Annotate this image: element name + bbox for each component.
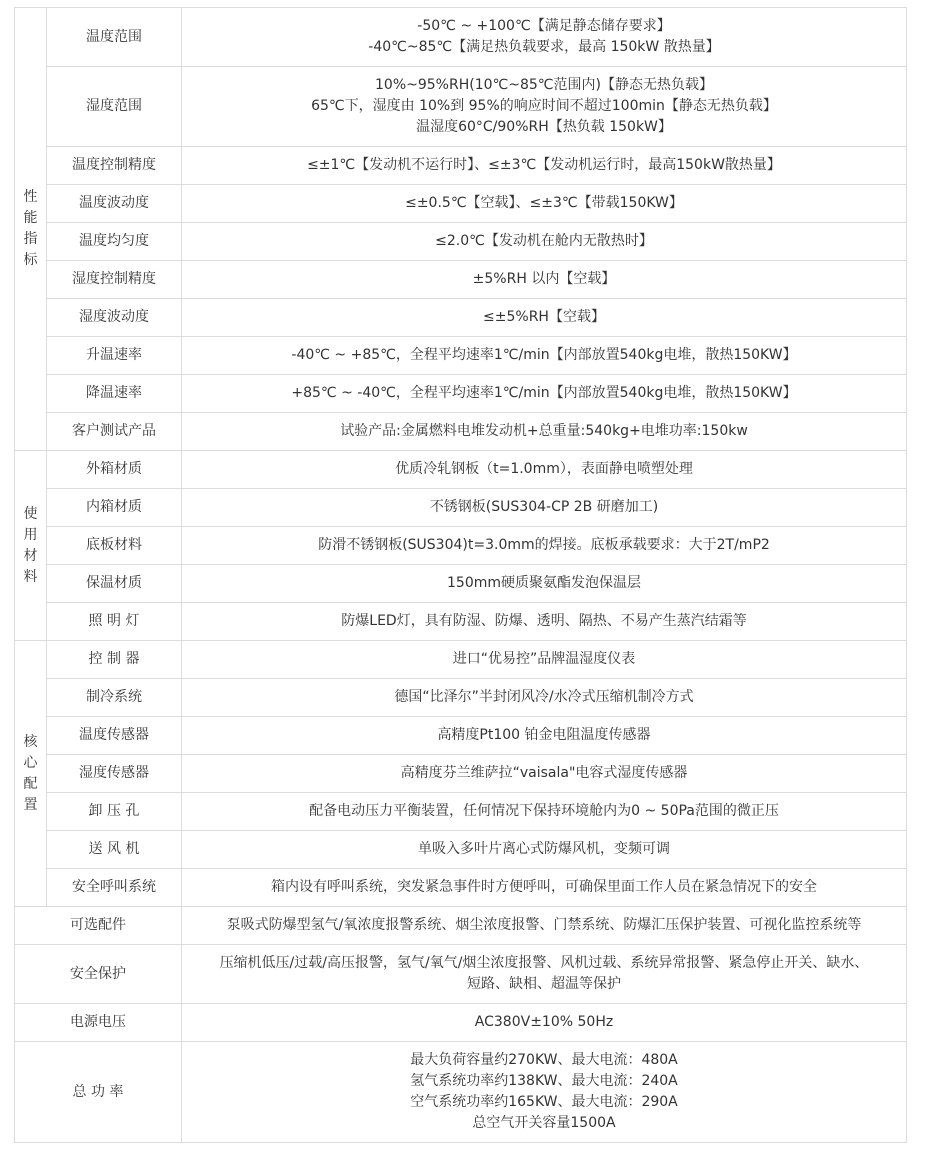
value-line: 总空气开关容量1500A <box>188 1113 900 1134</box>
value-line: 压缩机低压/过载/高压报警，氢气/氧气/烟尘浓度报警、风机过载、系统异常报警、紧… <box>188 953 900 974</box>
group-char: 心 <box>21 753 40 774</box>
row-label: 底板材料 <box>47 527 182 565</box>
row-label: 电源电压 <box>15 1004 182 1042</box>
value-line: 最大负荷容量约270KW、最大电流：480A <box>188 1050 900 1071</box>
value-line: 短路、缺相、超温等保护 <box>188 974 900 995</box>
row-label: 控 制 器 <box>47 641 182 679</box>
row-label: 安全保护 <box>15 945 182 1004</box>
table-row: 温度波动度 ≤±0.5℃【空载】、≤±3℃【带载150KW】 <box>15 185 907 223</box>
row-value: 配备电动压力平衡装置，任何情况下保持环境舱内为0 ~ 50Pa范围的微正压 <box>182 793 907 831</box>
table-row: 保温材质 150mm硬质聚氨酯发泡保温层 <box>15 565 907 603</box>
row-value: ≤±0.5℃【空载】、≤±3℃【带载150KW】 <box>182 185 907 223</box>
group-char: 标 <box>21 250 40 271</box>
value-line: 65℃下，湿度由 10%到 95%的响应时间不超过100min【静态无热负载】 <box>188 96 900 117</box>
row-label: 卸 压 孔 <box>47 793 182 831</box>
row-value: 高精度Pt100 铂金电阻温度传感器 <box>182 717 907 755</box>
row-value: ≤±5%RH【空载】 <box>182 299 907 337</box>
group-char: 材 <box>21 546 40 567</box>
group-performance: 性 能 指 标 <box>15 8 47 451</box>
row-value: ±5%RH 以内【空载】 <box>182 261 907 299</box>
table-row: 总 功 率 最大负荷容量约270KW、最大电流：480A 氢气系统功率约138K… <box>15 1042 907 1143</box>
group-char: 使 <box>21 504 40 525</box>
row-value: 泵吸式防爆型氢气/氧浓度报警系统、烟尘浓度报警、门禁系统、防爆汇压保护装置、可视… <box>182 907 907 945</box>
row-value: 压缩机低压/过载/高压报警，氢气/氧气/烟尘浓度报警、风机过载、系统异常报警、紧… <box>182 945 907 1004</box>
row-label: 湿度范围 <box>47 67 182 147</box>
table-row: 温度控制精度 ≤±1℃【发动机不运行时】、≤±3℃【发动机运行时，最高150kW… <box>15 147 907 185</box>
group-char: 料 <box>21 567 40 588</box>
row-label: 湿度控制精度 <box>47 261 182 299</box>
table-row: 湿度控制精度 ±5%RH 以内【空载】 <box>15 261 907 299</box>
table-row: 制冷系统 德国“比泽尔”半封闭风冷/水冷式压缩机制冷方式 <box>15 679 907 717</box>
row-label: 客户测试产品 <box>47 413 182 451</box>
row-value: 单吸入多叶片离心式防爆风机，变频可调 <box>182 831 907 869</box>
row-label: 降温速率 <box>47 375 182 413</box>
row-value: ≤2.0℃【发动机在舱内无散热时】 <box>182 223 907 261</box>
row-label: 温度波动度 <box>47 185 182 223</box>
group-materials: 使 用 材 料 <box>15 451 47 641</box>
row-value: 优质冷轧钢板（t=1.0mm），表面静电喷塑处理 <box>182 451 907 489</box>
row-value: 防滑不锈钢板(SUS304)t=3.0mm的焊接。底板承载要求：大于2T/mP2 <box>182 527 907 565</box>
row-label: 温度均匀度 <box>47 223 182 261</box>
row-value: 150mm硬质聚氨酯发泡保温层 <box>182 565 907 603</box>
table-row: 可选配件 泵吸式防爆型氢气/氧浓度报警系统、烟尘浓度报警、门禁系统、防爆汇压保护… <box>15 907 907 945</box>
table-row: 安全呼叫系统 箱内设有呼叫系统，突发紧急事件时方便呼叫，可确保里面工作人员在紧急… <box>15 869 907 907</box>
row-label: 温度范围 <box>47 8 182 67</box>
row-value: 试验产品:金属燃料电堆发动机+总重量:540kg+电堆功率:150kw <box>182 413 907 451</box>
row-label: 温度控制精度 <box>47 147 182 185</box>
table-row: 卸 压 孔 配备电动压力平衡装置，任何情况下保持环境舱内为0 ~ 50Pa范围的… <box>15 793 907 831</box>
table-row: 升温速率 -40℃ ~ +85℃，全程平均速率1℃/min【内部放置540kg电… <box>15 337 907 375</box>
row-label: 温度传感器 <box>47 717 182 755</box>
group-char: 指 <box>21 229 40 250</box>
table-row: 降温速率 +85℃ ~ -40℃，全程平均速率1℃/min【内部放置540kg电… <box>15 375 907 413</box>
table-row: 核 心 配 置 控 制 器 进口“优易控”品牌温湿度仪表 <box>15 641 907 679</box>
value-line: 10%~95%RH(10℃~85℃范围内)【静态无热负载】 <box>188 75 900 96</box>
row-value: 最大负荷容量约270KW、最大电流：480A 氢气系统功率约138KW、最大电流… <box>182 1042 907 1143</box>
row-value: 高精度芬兰维萨拉“vaisala"电容式湿度传感器 <box>182 755 907 793</box>
value-line: -50℃ ~ +100℃【满足静态储存要求】 <box>188 16 900 37</box>
value-line: 空气系统功率约165KW、最大电流：290A <box>188 1092 900 1113</box>
table-row: 送 风 机 单吸入多叶片离心式防爆风机，变频可调 <box>15 831 907 869</box>
table-row: 使 用 材 料 外箱材质 优质冷轧钢板（t=1.0mm），表面静电喷塑处理 <box>15 451 907 489</box>
row-label: 湿度波动度 <box>47 299 182 337</box>
row-value: -50℃ ~ +100℃【满足静态储存要求】 -40℃~85℃【满足热负载要求，… <box>182 8 907 67</box>
row-label: 升温速率 <box>47 337 182 375</box>
row-label: 湿度传感器 <box>47 755 182 793</box>
row-label: 照 明 灯 <box>47 603 182 641</box>
row-value: -40℃ ~ +85℃，全程平均速率1℃/min【内部放置540kg电堆，散热1… <box>182 337 907 375</box>
row-label: 安全呼叫系统 <box>47 869 182 907</box>
table-row: 湿度传感器 高精度芬兰维萨拉“vaisala"电容式湿度传感器 <box>15 755 907 793</box>
table-row: 湿度波动度 ≤±5%RH【空载】 <box>15 299 907 337</box>
row-label: 可选配件 <box>15 907 182 945</box>
spec-table: 性 能 指 标 温度范围 -50℃ ~ +100℃【满足静态储存要求】 -40℃… <box>14 7 907 1143</box>
table-row: 底板材料 防滑不锈钢板(SUS304)t=3.0mm的焊接。底板承载要求：大于2… <box>15 527 907 565</box>
table-row: 温度传感器 高精度Pt100 铂金电阻温度传感器 <box>15 717 907 755</box>
row-label: 内箱材质 <box>47 489 182 527</box>
row-value: ≤±1℃【发动机不运行时】、≤±3℃【发动机运行时，最高150kW散热量】 <box>182 147 907 185</box>
group-char: 核 <box>21 732 40 753</box>
value-line: -40℃~85℃【满足热负载要求，最高 150kW 散热量】 <box>188 37 900 58</box>
row-label: 送 风 机 <box>47 831 182 869</box>
row-value: 10%~95%RH(10℃~85℃范围内)【静态无热负载】 65℃下，湿度由 1… <box>182 67 907 147</box>
value-line: 氢气系统功率约138KW、最大电流：240A <box>188 1071 900 1092</box>
row-label: 制冷系统 <box>47 679 182 717</box>
row-value: 德国“比泽尔”半封闭风冷/水冷式压缩机制冷方式 <box>182 679 907 717</box>
group-char: 用 <box>21 525 40 546</box>
group-char: 置 <box>21 795 40 816</box>
row-label: 总 功 率 <box>15 1042 182 1143</box>
table-row: 照 明 灯 防爆LED灯，具有防湿、防爆、透明、隔热、不易产生蒸汽结霜等 <box>15 603 907 641</box>
table-row: 内箱材质 不锈钢板(SUS304-CP 2B 研磨加工) <box>15 489 907 527</box>
row-value: 箱内设有呼叫系统，突发紧急事件时方便呼叫，可确保里面工作人员在紧急情况下的安全 <box>182 869 907 907</box>
group-core-config: 核 心 配 置 <box>15 641 47 907</box>
table-row: 安全保护 压缩机低压/过载/高压报警，氢气/氧气/烟尘浓度报警、风机过载、系统异… <box>15 945 907 1004</box>
table-row: 温度均匀度 ≤2.0℃【发动机在舱内无散热时】 <box>15 223 907 261</box>
row-label: 外箱材质 <box>47 451 182 489</box>
row-label: 保温材质 <box>47 565 182 603</box>
value-line: 温湿度60°C/90%RH【热负载 150kW】 <box>188 117 900 138</box>
group-char: 能 <box>21 208 40 229</box>
table-row: 湿度范围 10%~95%RH(10℃~85℃范围内)【静态无热负载】 65℃下，… <box>15 67 907 147</box>
row-value: 不锈钢板(SUS304-CP 2B 研磨加工) <box>182 489 907 527</box>
row-value: 进口“优易控”品牌温湿度仪表 <box>182 641 907 679</box>
group-char: 性 <box>21 187 40 208</box>
table-row: 客户测试产品 试验产品:金属燃料电堆发动机+总重量:540kg+电堆功率:150… <box>15 413 907 451</box>
row-value: +85℃ ~ -40℃，全程平均速率1℃/min【内部放置540kg电堆，散热1… <box>182 375 907 413</box>
table-row: 电源电压 AC380V±10% 50Hz <box>15 1004 907 1042</box>
row-value: 防爆LED灯，具有防湿、防爆、透明、隔热、不易产生蒸汽结霜等 <box>182 603 907 641</box>
row-value: AC380V±10% 50Hz <box>182 1004 907 1042</box>
group-char: 配 <box>21 774 40 795</box>
table-row: 性 能 指 标 温度范围 -50℃ ~ +100℃【满足静态储存要求】 -40℃… <box>15 8 907 67</box>
